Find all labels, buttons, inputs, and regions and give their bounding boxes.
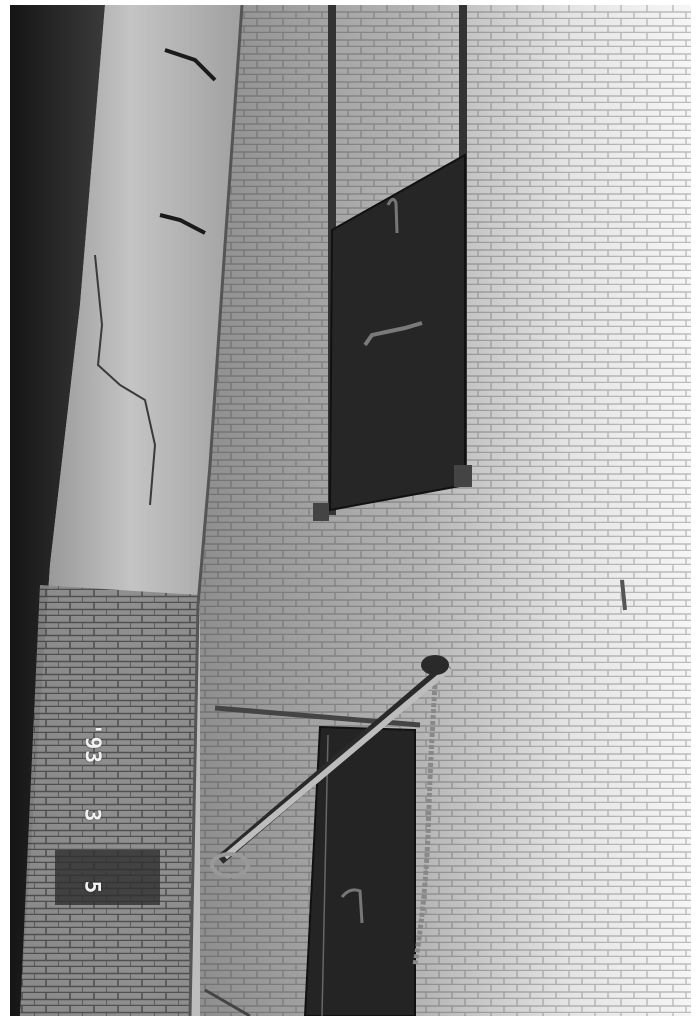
date-stamp-day: 5: [82, 881, 103, 895]
date-stamp-month: 3: [82, 809, 103, 823]
photograph: '93 3 5: [10, 5, 691, 1016]
date-stamp-year: '93: [82, 723, 103, 764]
bar-end-cap: [421, 655, 449, 675]
date-stamp: '93 3 5: [72, 733, 112, 898]
scene: [10, 5, 691, 1016]
